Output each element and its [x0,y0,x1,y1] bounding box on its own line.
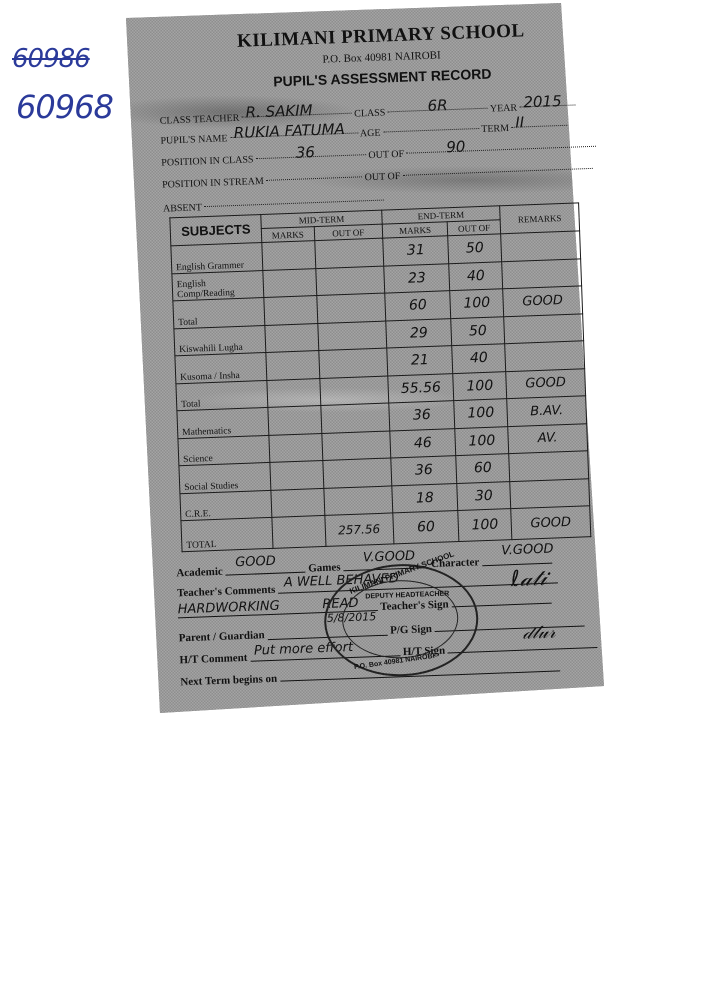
report-card-content: KILIMANI PRIMARY SCHOOL P.O. Box 40981 N… [150,2,615,698]
remark: B.Av. [507,396,587,426]
end-out-of: 100 [458,509,512,542]
grand-total-value: 257.56 [324,513,393,546]
academic-label: Academic [176,566,223,580]
mid-out-of [316,293,385,323]
subject-name: Kusoma / Insha [175,352,267,383]
remark [501,231,581,261]
end-marks: 18 [392,483,458,513]
class-teacher-label: CLASS TEACHER [160,113,240,127]
remark [510,478,590,508]
term-value: II [511,113,525,131]
report-card-paper: KILIMANI PRIMARY SCHOOL P.O. Box 40981 N… [0,0,707,1000]
mid-marks [262,241,316,270]
end-marks: 60 [385,291,451,321]
remark: Av. [508,423,588,453]
position-stream-value [266,167,271,185]
class-label: CLASS [354,107,386,119]
pupil-name-value: Rukia Fatuma [230,120,346,142]
end-marks: 36 [389,401,455,431]
end-marks: 46 [390,428,456,458]
absent-value [204,193,209,211]
end-out-of: 40 [452,344,506,373]
position-class-value: 36 [255,143,315,163]
end-marks: 36 [391,456,457,486]
mid-marks [272,515,326,548]
end-out-of: 100 [455,426,509,455]
end-out-of: 50 [451,316,505,345]
mid-marks [268,406,322,435]
subject-name: Social Studies [179,462,271,493]
ht-comment-label: H/T Comment [179,652,247,666]
out-of-class-label: OUT OF [368,149,404,161]
subjects-header: SUBJECTS [170,215,262,246]
subject-name: Science [178,435,270,466]
mid-marks [271,488,325,517]
year-value: 2015 [519,92,562,112]
end-marks: 21 [387,346,453,376]
mid-out-of [322,458,391,488]
end-out-of: 40 [449,261,503,290]
subject-name: Kiswahili Lugha [174,325,266,356]
mid-out-of [315,266,384,296]
age-value [382,118,387,136]
position-stream-label: POSITION IN STREAM [162,176,264,191]
remark: Good [511,506,591,540]
out-of-stream-label: OUT OF [364,171,400,183]
remark: Good [503,286,583,316]
mid-out-of [318,348,387,378]
remark [504,313,584,343]
mid-out-of [314,238,383,268]
academic-value: Good [235,554,276,570]
remark [502,258,582,288]
class-teacher-value: R. Sakim [241,101,313,122]
subject-name: Mathematics [177,407,269,438]
end-marks: 55.56 [388,373,454,403]
mid-marks [264,296,318,325]
mid-marks [269,433,323,462]
absent-label: ABSENT [163,202,202,214]
mid-marks [266,351,320,380]
age-label: AGE [360,128,381,140]
end-out-of: 100 [453,371,507,400]
term-label: TERM [481,123,509,135]
end-out-of: 50 [448,234,502,263]
teacher-comments-line-2: Hardworking [177,599,279,618]
subject-name: Total [176,380,268,411]
end-out-of: 60 [456,454,510,483]
mid-marks [270,460,324,489]
teacher-signature: ℓ𝒶𝓉𝒾 [510,566,547,592]
mid-out-of [317,321,386,351]
remark: Good [506,368,586,398]
mid-out-of [323,485,392,515]
end-marks: 60 [393,511,459,544]
out-of-class-value: 90 [406,138,466,158]
remark [505,341,585,371]
games-value: V.Good [363,549,416,566]
subject-name: TOTAL [181,517,273,551]
mid-out-of [319,376,388,406]
remark [509,451,589,481]
end-marks: 31 [383,236,449,266]
position-class-label: POSITION IN CLASS [161,154,254,168]
class-value: 6R [387,96,448,116]
pupil-name-label: PUPIL'S NAME [160,133,227,146]
headteacher-signature: 𝒹𝓁𝓊𝓇 [522,622,555,644]
teacher-comments-label: Teacher's Comments [177,584,276,600]
end-out-of: 100 [454,399,508,428]
mid-marks [263,268,317,297]
out-of-stream-value [402,162,407,180]
subject-name: English Comp/Reading [172,270,264,301]
end-marks: 23 [384,263,450,293]
mid-marks [265,323,319,352]
subject-name: Total [173,298,265,329]
character-value: V.Good [501,542,554,559]
next-term-label: Next Term begins on [180,673,277,689]
end-marks: 29 [386,318,452,348]
end-out-of: 30 [457,481,511,510]
parent-guardian-label: Parent / Guardian [179,629,265,644]
subject-name: C.R.E. [180,490,272,521]
mid-out-of [320,403,389,433]
assessment-table: SUBJECTS MID-TERM END-TERM REMARKS MARKS… [169,202,591,552]
end-out-of: 100 [450,289,504,318]
mid-out-of [321,430,390,460]
mid-marks [267,378,321,407]
remarks-header: REMARKS [500,203,580,234]
subject-name: English Grammer [171,243,263,274]
